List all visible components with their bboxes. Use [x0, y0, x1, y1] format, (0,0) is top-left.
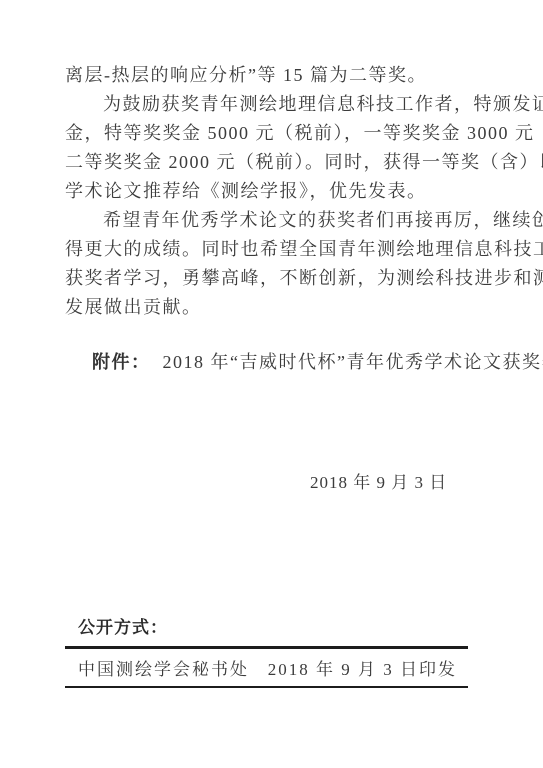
- body-text: 离层-热层的响应分析”等 15 篇为二等奖。 为鼓励获奖青年测绘地理信息科技工作…: [65, 61, 477, 322]
- footer-rule-bottom: [65, 686, 468, 689]
- disclosure-label: 公开方式：: [65, 613, 468, 638]
- body-line: 离层-热层的响应分析”等 15 篇为二等奖。: [65, 61, 477, 90]
- attachment-line: 附件：2018 年“吉威时代杯”青年优秀学术论文获奖名单: [92, 348, 543, 374]
- body-line: 金，特等奖奖金 5000 元（税前），一等奖奖金 3000 元（税前），: [65, 119, 477, 148]
- body-line: 学术论文推荐给《测绘学报》，优先发表。: [65, 177, 477, 206]
- attachment-text: 2018 年“吉威时代杯”青年优秀学术论文获奖名单: [163, 352, 543, 372]
- issuer: 中国测绘学会秘书处: [78, 655, 249, 680]
- footer: 公开方式： 中国测绘学会秘书处 2018 年 9 月 3 日印发: [65, 613, 468, 688]
- body-line: 发展做出贡献。: [65, 293, 477, 322]
- document-date: 2018 年 9 月 3 日: [310, 468, 447, 493]
- body-line: 获奖者学习，勇攀高峰，不断创新，为测绘科技进步和测绘事业: [65, 264, 477, 293]
- body-line: 得更大的成绩。同时也希望全国青年测绘地理信息科技工作者向: [65, 235, 477, 264]
- document-page: 离层-热层的响应分析”等 15 篇为二等奖。 为鼓励获奖青年测绘地理信息科技工作…: [0, 0, 543, 768]
- attachment-label: 附件：: [92, 352, 151, 372]
- body-line: 希望青年优秀学术论文的获奖者们再接再厉，继续创新，取: [65, 206, 477, 235]
- footer-row: 中国测绘学会秘书处 2018 年 9 月 3 日印发: [65, 649, 468, 686]
- body-line: 二等奖奖金 2000 元（税前）。同时，获得一等奖（含）以上优秀: [65, 148, 477, 177]
- print-date: 2018 年 9 月 3 日印发: [268, 655, 457, 680]
- body-line: 为鼓励获奖青年测绘地理信息科技工作者，特颁发证书及奖: [65, 90, 477, 119]
